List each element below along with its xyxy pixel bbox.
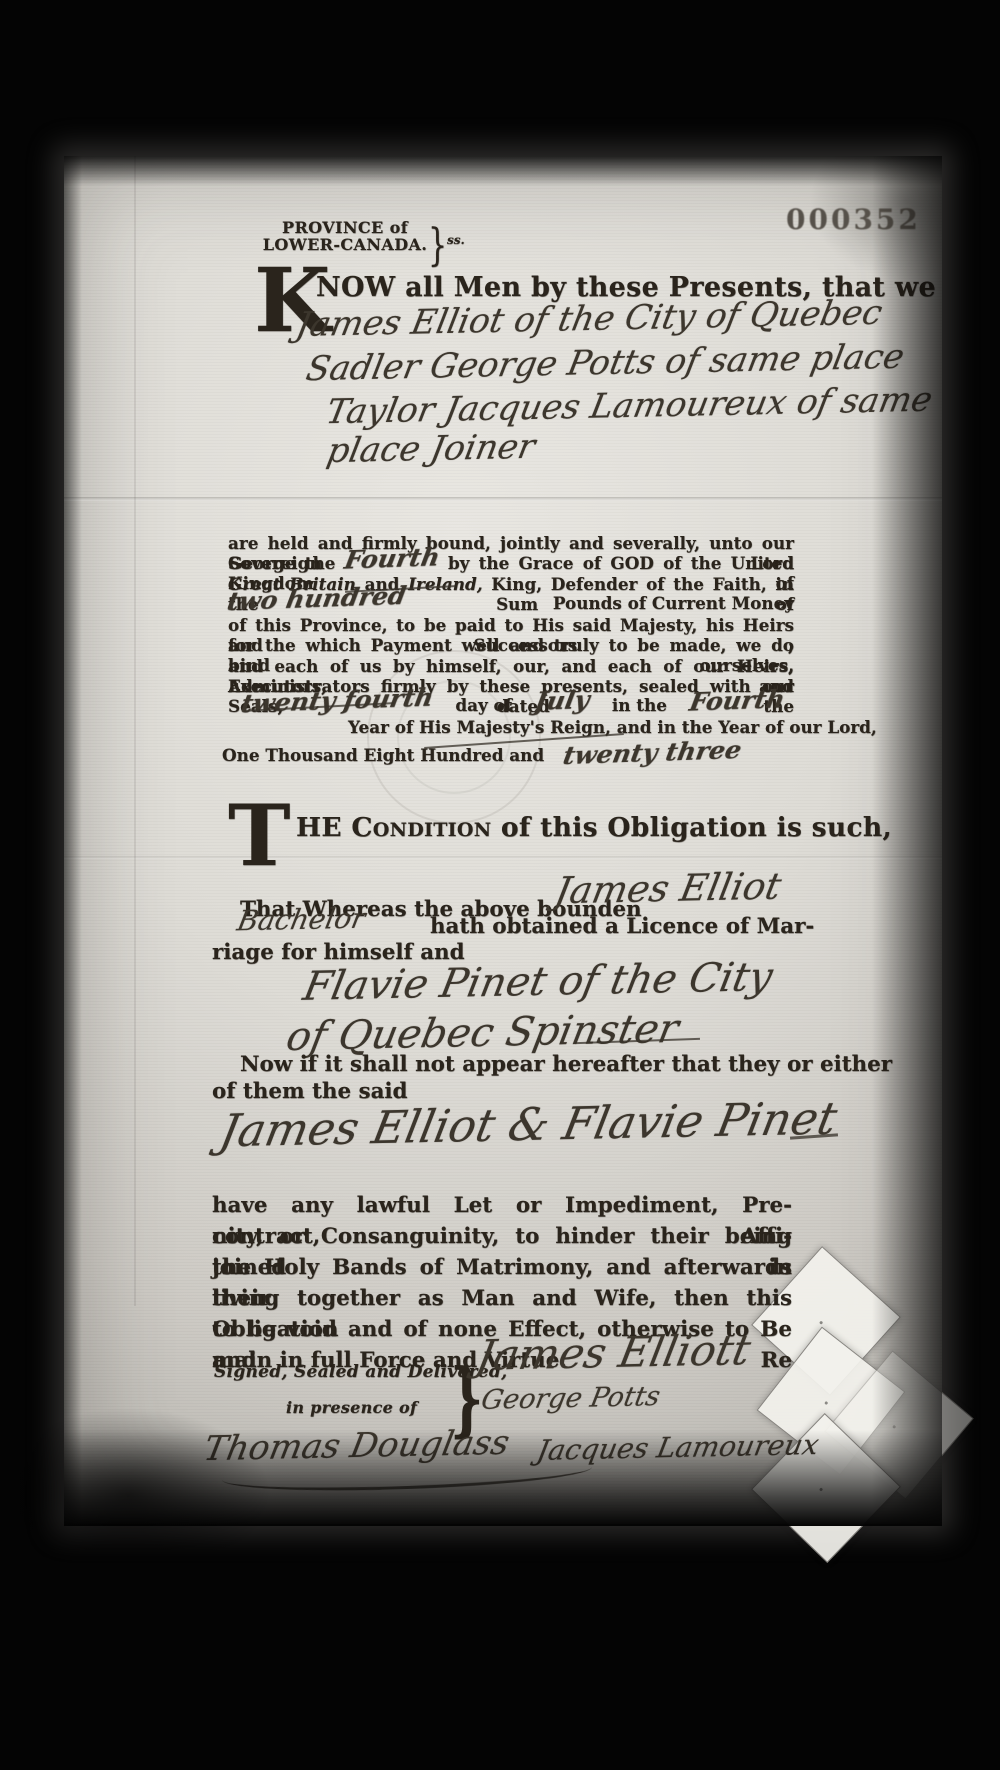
- handwritten-fill-sum: two hundred: [227, 591, 407, 607]
- scan-edge-fade: [64, 156, 942, 186]
- condition-heading: HE Condition of this Obligation is such,: [296, 812, 892, 843]
- handwritten-bride-line: Flavie Pinet of the City: [305, 959, 771, 1005]
- fold-crease: [134, 156, 136, 1306]
- handwritten-groom-name: James Elliot: [556, 867, 780, 910]
- microfilm-scan-page: PROVINCE of LOWER-CANADA. } ss. 000352 K…: [0, 0, 1000, 1770]
- province-line1: PROVINCE of: [250, 219, 440, 236]
- signature-george-potts: George Potts: [482, 1383, 659, 1414]
- scan-edge-fade: [872, 156, 942, 1524]
- bond-clause-line: twenty fourthday ofJulyin theFourth: [228, 695, 794, 715]
- handwritten-fill-year: twenty three: [561, 735, 744, 770]
- handwritten-fill-status: Bachelor: [238, 903, 365, 936]
- jurat-abbrev: ss.: [447, 233, 465, 247]
- written-obligor-line: place Joiner: [328, 429, 534, 469]
- handwritten-couple-names: James Elliot & Flavie Pinet: [222, 1098, 835, 1151]
- fold-crease: [64, 856, 942, 859]
- scan-edge-fade: [64, 156, 82, 1524]
- jurat-brace: }: [428, 221, 447, 272]
- handwritten-fill-regnal-name: Fourth: [343, 552, 440, 565]
- written-obligor-line: Taylor Jacques Lamoureux of same: [328, 386, 931, 426]
- written-obligor-line: Sadler George Potts of same place: [308, 343, 902, 383]
- scan-edge-fade: [20, 1330, 380, 1550]
- fold-crease: [64, 497, 942, 501]
- dropcap-t: T: [228, 803, 291, 869]
- handwritten-bride-line: of Quebec Spinster: [288, 1010, 677, 1056]
- proviso-line: Now if it shall not appear hereafter tha…: [240, 1052, 892, 1077]
- signature-james-elliott: James Elliott: [478, 1328, 749, 1377]
- handwritten-fill-month: July: [534, 695, 590, 707]
- bond-clause-line: two hundredPounds of Current Money: [228, 593, 794, 613]
- licence-line: hath obtained a Licence of Mar-: [430, 914, 814, 939]
- written-obligor-line: James Elliot of the City of Quebec: [298, 299, 881, 339]
- handwritten-fill-regnal-year: Fourth: [689, 694, 786, 707]
